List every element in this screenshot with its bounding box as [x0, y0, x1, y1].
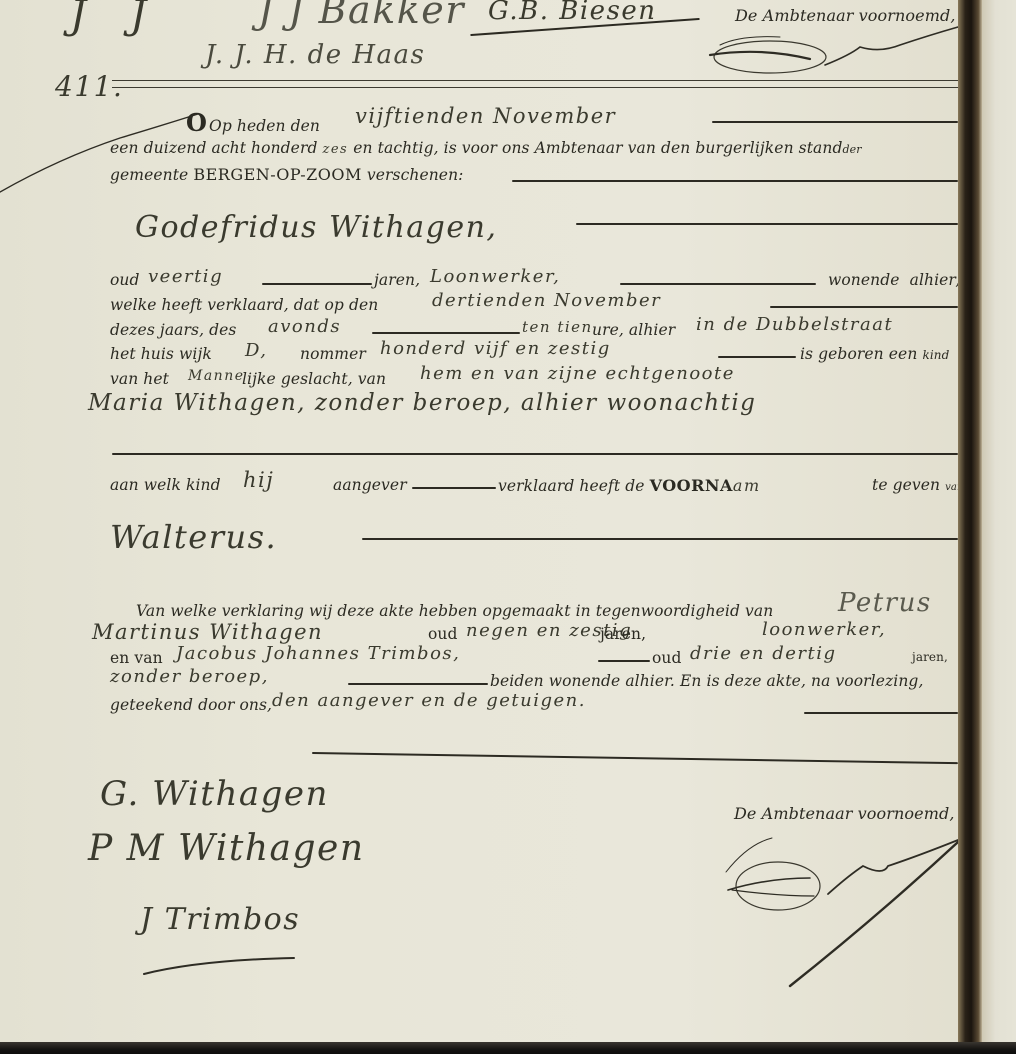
line-8-print: het huis wijk [110, 345, 212, 363]
line-7-ure: ure, alhier [592, 321, 675, 339]
witness-2-name: Jacobus Johannes Trimbos, [176, 643, 460, 664]
section-divider [112, 80, 958, 88]
declarant-name: Godefridus Withagen, [135, 210, 497, 245]
prev-signature-bakker: J J Bakker [258, 0, 465, 32]
line-9-print: van het [110, 370, 169, 388]
fill-line [512, 180, 958, 182]
page-bottom-edge [0, 1042, 1016, 1054]
birth-time-of-day: avonds [268, 316, 341, 337]
fill-line [372, 332, 520, 334]
birth-street: in de Dubbelstraat [696, 314, 893, 335]
line-13-print: Van welke verklaring wij deze akte hebbe… [136, 602, 773, 620]
fill-line [362, 538, 958, 540]
house-ward: D, [245, 340, 268, 361]
witness-1-name: Martinus Withagen [92, 620, 323, 644]
fill-line [804, 712, 958, 714]
fill-line [576, 223, 958, 225]
book-binding [958, 0, 982, 1054]
line-11-print: aan welk kind [110, 476, 221, 494]
line-8-geboren: is geboren een kind [800, 345, 949, 363]
birth-date: dertienden November [432, 290, 661, 311]
declarant-pronoun: hij [243, 468, 274, 492]
declarant-occupation: Loonwerker, [430, 266, 560, 287]
line-6-print: welke heeft verklaard, dat op den [110, 296, 378, 314]
fill-line [598, 660, 650, 662]
line-15-jaren: jaren, [912, 650, 948, 664]
fill-line [262, 283, 372, 285]
witness-1-first-name: Petrus [838, 588, 932, 618]
document-page: J J J J Bakker G.B. Biesen J. J. H. de H… [0, 0, 968, 1042]
line-8-nommer: nommer [300, 345, 366, 363]
fill-line [718, 356, 796, 358]
fill-line [770, 306, 958, 308]
line-1-print: OOp heden den [186, 108, 320, 137]
line-5-wonende: wonende alhier; [828, 271, 961, 289]
line-9-geslacht: lijke geslacht, van [242, 370, 386, 388]
witness-2-occupation: zonder beroep, [110, 666, 269, 687]
signature-declarant: G. Withagen [100, 774, 329, 814]
signed-by-parties: den aangever en de getuigen. [272, 690, 586, 711]
prev-official-paraph-icon [700, 25, 960, 85]
line-11-te-geven: te geven van [872, 476, 964, 494]
birthdate-registration: vijftienden November [355, 104, 616, 128]
signature-witness-2: J Trimbos [140, 902, 300, 937]
signature-underline-icon [140, 950, 300, 980]
municipality-name: BERGEN-OP-ZOOM [193, 165, 362, 184]
mother-details: Maria Withagen, zonder beroep, alhier wo… [88, 390, 756, 416]
birth-hour: ten tien [522, 318, 593, 336]
child-given-name: Walterus. [110, 518, 277, 556]
prev-signature-1: J J [70, 0, 148, 38]
line-15-oud: oud [652, 649, 682, 667]
line-2-print: een duizend acht honderd zes en tachtig,… [110, 139, 862, 157]
fill-line [112, 453, 958, 455]
signature-witness-1: P M Withagen [88, 828, 365, 869]
witness-2-age: drie en dertig [690, 643, 837, 664]
house-number: honderd vijf en zestig [380, 338, 611, 359]
fill-line [412, 487, 496, 489]
fill-line [348, 683, 488, 685]
prev-signature-de-haas: J. J. H. de Haas [205, 40, 425, 70]
closing-official-label: De Ambtenaar voornoemd, [734, 804, 955, 823]
line-14-oud: oud [428, 625, 458, 643]
line-5-oud: oud [110, 271, 140, 289]
facing-page [982, 0, 1016, 1054]
line-14-jaren: jaren, [600, 625, 646, 643]
line-17-print: geteekend door ons, [110, 696, 272, 714]
closing-official-paraph-icon [718, 836, 968, 996]
line-11-aangever: aangever [333, 476, 407, 494]
fill-line [620, 283, 816, 285]
prev-official-label: De Ambtenaar voornoemd, [735, 6, 956, 25]
witness-1-occupation: loonwerker, [762, 619, 886, 640]
fill-line [712, 121, 958, 123]
declarant-age: veertig [148, 266, 223, 287]
line-15-print: en van [110, 649, 163, 667]
line-16-print: beiden wonende alhier. En is deze akte, … [490, 672, 923, 690]
line-7-print: dezes jaars, des [110, 321, 236, 339]
parents-relation: hem en van zijne echtgenoote [420, 363, 735, 384]
line-3-print: gemeente BERGEN-OP-ZOOM verschenen: [110, 165, 463, 184]
child-sex: Manne [188, 368, 245, 384]
line-11-verklaard: verklaard heeft de VOORNAam [498, 476, 761, 495]
line-5-jaren: jaren, [374, 271, 420, 289]
signature-divider [312, 752, 958, 764]
record-number: 411. [55, 70, 123, 103]
